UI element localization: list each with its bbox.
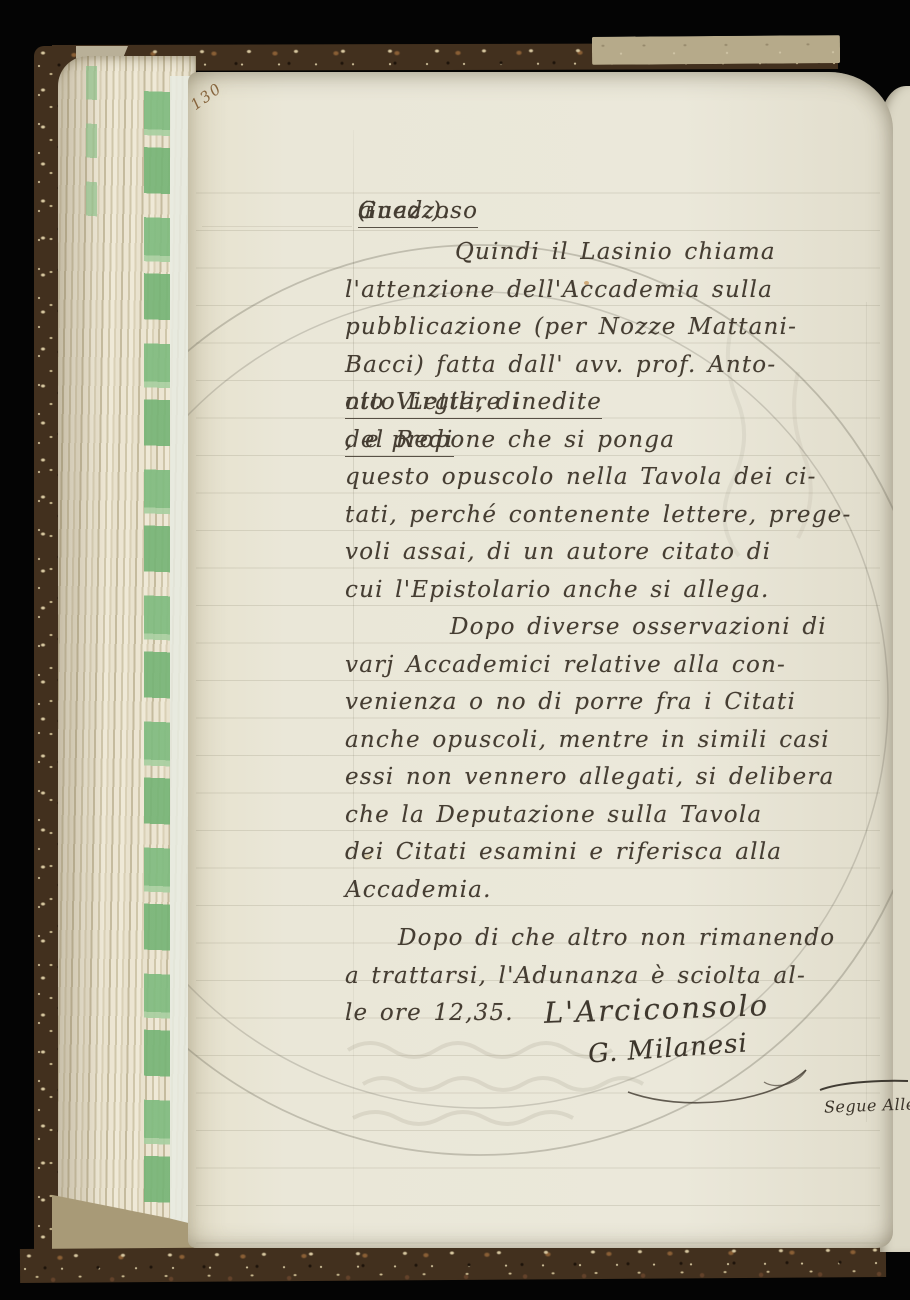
signature-flourish <box>618 1064 818 1116</box>
page-stack-edges <box>58 56 196 1254</box>
manuscript-page: 130 a Guazzoso (ined.). Quindi il Lasini… <box>188 72 893 1248</box>
continuation-note: Segue Alleg <box>824 1094 910 1116</box>
photo-backdrop: 130 a Guazzoso (ined.). Quindi il Lasini… <box>0 0 910 1300</box>
page-edge-green-marbling <box>144 84 170 1234</box>
right-crease <box>866 302 867 1122</box>
page-edge-green-marbling-small <box>86 66 97 226</box>
footer-rule-line <box>818 1076 910 1096</box>
fold-crease <box>202 226 352 227</box>
parchment-fragment-top-right <box>592 35 840 65</box>
heading-text: (ined.). <box>358 196 451 226</box>
book-cover-bottom-edge <box>20 1243 886 1283</box>
underlined-text: otto Lettere inedite <box>345 387 602 419</box>
